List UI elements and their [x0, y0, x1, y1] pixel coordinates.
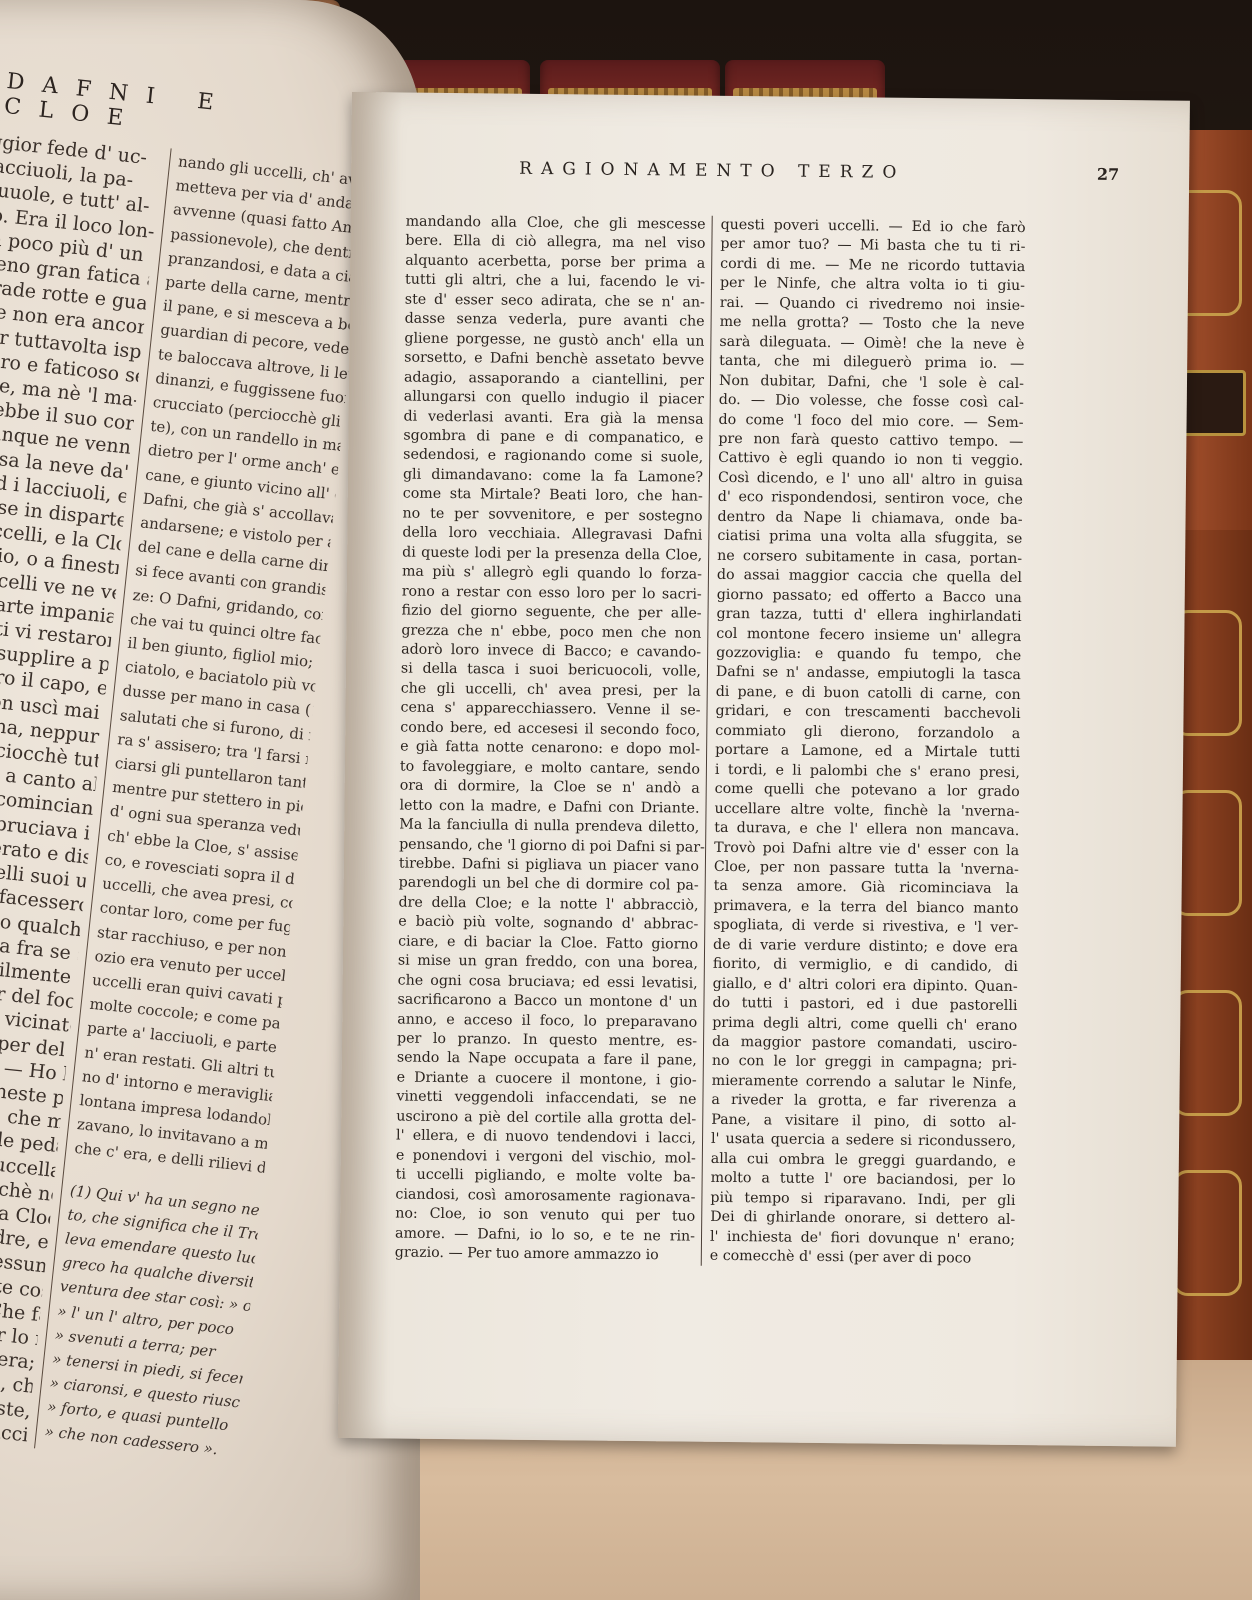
- text-column-1: mandando alla Cloe, che gli mescessebere…: [395, 213, 712, 1267]
- footnote: (1) Qui v' ha un segno nelto, che signif…: [44, 1178, 262, 1463]
- text-line: e già fatta notte cenarono: e dopo mol-: [400, 738, 700, 761]
- text-line: ora di dormire, la Cloe se n' andò a: [400, 777, 700, 800]
- body-text: mandando alla Cloe, che gli mescessebere…: [395, 213, 1026, 1270]
- chapter-title: RAGIONAMENTO TERZO: [519, 159, 905, 183]
- text-line: sacrificarono a Bacco un montone d' un: [397, 991, 697, 1014]
- spine-tooling: [1172, 1170, 1242, 1296]
- text-line: fizio del giorno seguente, che per alle-: [401, 602, 701, 625]
- text-line: tanta, che mi dileguerò prima io. —: [719, 352, 1024, 375]
- text-line: sorsetto, e Dafni benchè assetato bevve: [404, 349, 704, 372]
- text-line: gran tazza, tutti d' ellera inghirlandat…: [716, 605, 1021, 628]
- left-page-content: DAFNI E CLOE ggior fede d' uc-lacciuoli,…: [0, 50, 378, 1469]
- text-line: e comecchè d' essi (per aver di poco: [710, 1247, 1015, 1270]
- text-line: do tutti i pastori, ed i due pastorelli: [712, 994, 1017, 1017]
- text-line: come quelli che potevano a lor grado: [715, 780, 1020, 803]
- running-head: RAGIONAMENTO TERZO 27: [519, 159, 1119, 185]
- text-line: do assai maggior caccia che quella del: [717, 566, 1022, 589]
- text-line: no: Cloe, io son venuto qui per tuo: [395, 1205, 695, 1228]
- text-line: allungarsi con quello indugio il piacer: [404, 388, 704, 411]
- text-line: molto a tutte l' ore baciandosi, per lo: [711, 1169, 1016, 1192]
- text-line: si mise un gran freddo, con una borea,: [398, 952, 698, 975]
- text-line: ta durava, e che l' ellera non mancava.: [714, 819, 1019, 842]
- left-columns: ggior fede d' uc-lacciuoli, la pa-guuole…: [0, 130, 370, 1470]
- text-line: ma più s' allegrò egli quando lo forza-: [402, 563, 702, 586]
- text-line: grazio. — Per tuo amore ammazzo io: [395, 1244, 695, 1267]
- text-line: ti uccelli pigliando, e molte volte ba-: [396, 1166, 696, 1189]
- text-line: della loro vecchiaia. Allegravasi Dafni: [402, 524, 702, 547]
- text-line: fiorito, di vermiglio, e di candido, di: [713, 955, 1018, 978]
- page-number: 27: [1097, 165, 1119, 184]
- right-page: RAGIONAMENTO TERZO 27 mandando alla Cloe…: [338, 92, 1190, 1447]
- text-line: do. — Dio volesse, che fosse così cal-: [719, 391, 1024, 414]
- text-column-2: questi poveri uccelli. — Ed io che faròp…: [701, 216, 1026, 1270]
- text-line: Ma la fanciulla di nulla prendeva dilett…: [399, 816, 699, 839]
- text-line: Dei di ghirlande onorare, si dettero al-: [710, 1208, 1015, 1231]
- spine-tooling: [1172, 990, 1242, 1116]
